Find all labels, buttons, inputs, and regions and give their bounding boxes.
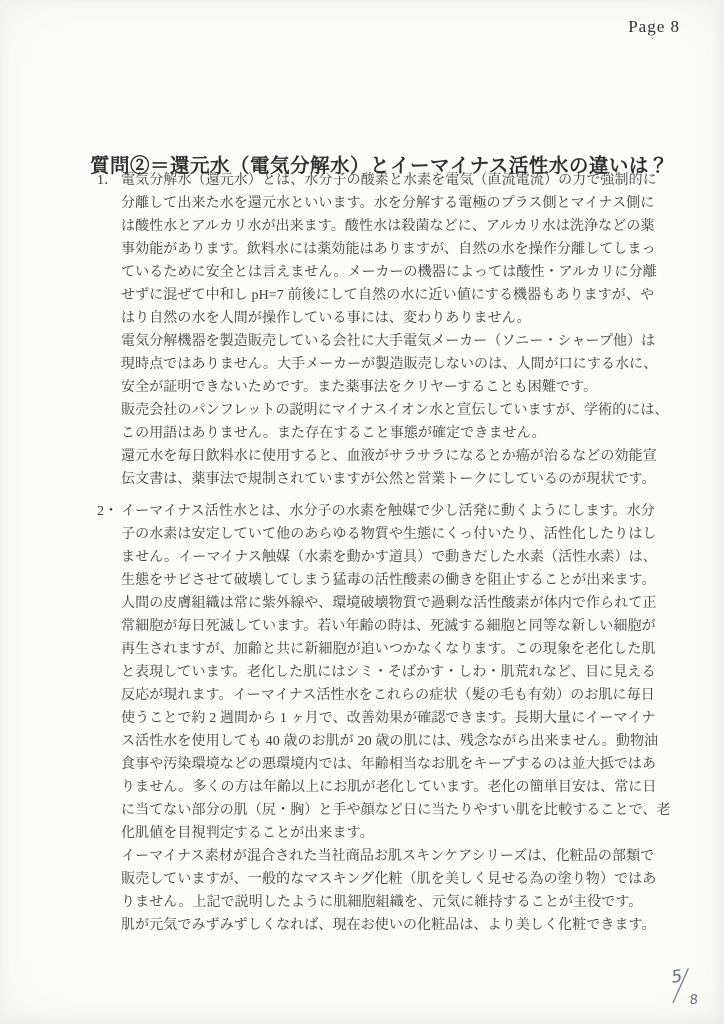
text-line: 反応が現れます。イーマイナス活性水をこれらの症状（髪の毛も有効）のお肌に毎日 (121, 684, 682, 707)
text-line: ス活性水を使用しても 40 歳のお肌が 20 歳の肌には、残念ながら出来ません。… (121, 730, 682, 753)
text-line: 化肌値を目視判定することが出来ます。 (121, 822, 682, 845)
section-text: イーマイナス活性水とは、水分子の水素を触媒で少し活発に動くようにします。水分子の… (121, 500, 682, 937)
text-line: 使うことで約 2 週間から 1 ヶ月で、改善効果が確認できます。長期大量にイーマ… (121, 707, 682, 730)
text-line: 事効能があります。飲料水には薬効能はありますが、自然の水を操作分離してしまっ (121, 238, 682, 261)
text-line: 肌が元気でみずみずしくなれば、現在お使いの化粧品は、より美しく化粧できます。 (121, 914, 682, 937)
text-line: りません。上記で説明したように肌細胞組織を、元気に維持することが主役です。 (121, 891, 682, 914)
text-line: 販売していますが、一般的なマスキング化粧（肌を美しく見せる為の塗り物）ではあ (121, 868, 682, 891)
text-line: 分離して出来た水を還元水といいます。水を分解する電極のプラス側とマイナス側に (121, 192, 682, 215)
text-line: りません。多くの方は年齢以上にお肌が老化しています。老化の簡単目安は、常に日 (121, 776, 682, 799)
section-text: 電気分解水（還元水）とは、水分子の酸素と水素を電気（直流電流）の力で強制的に分離… (121, 169, 682, 491)
text-line: ません。イーマイナス触媒（水素を動かす道具）で動きだした水素（活性水素）は、 (121, 546, 682, 569)
scanned-document-page: Page 8 質問②＝還元水（電気分解水）とイーマイナス活性水の違いは？ 1．電… (0, 0, 724, 1024)
page-number-label: Page 8 (628, 17, 680, 37)
text-line: ているために安全とは言えません。メーカーの機器によっては酸性・アルカリに分離 (121, 261, 682, 284)
section-number-marker: 1． (97, 169, 121, 491)
text-line: 販売会社のパンフレットの説明にマイナスイオン水と宣伝していますが、学術的には、 (121, 399, 682, 422)
text-line: 現時点ではありません。大手メーカーが製造販売しないのは、人間が口にする水に、 (121, 353, 682, 376)
text-line: 安全が証明できないためです。また薬事法をクリヤーすることも困難です。 (121, 376, 682, 399)
text-line: 常細胞が毎日死滅しています。若い年齢の時は、死滅する細胞と同等な新しい細胞が (121, 615, 682, 638)
text-line: に当てない部分の肌（尻・胸）と手や顔など日に当たりやすい肌を比較することで、老 (121, 799, 682, 822)
text-line: イーマイナス活性水とは、水分子の水素を触媒で少し活発に動くようにします。水分 (121, 500, 682, 523)
text-line: 伝文書は、薬事法で規制されていますが公然と営業トークにしているのが現状です。 (121, 468, 682, 491)
text-line: 還元水を毎日飲料水に使用すると、血液がサラサラになるとか癌が治るなどの効能宣 (121, 445, 682, 468)
document-section: 1．電気分解水（還元水）とは、水分子の酸素と水素を電気（直流電流）の力で強制的に… (97, 169, 682, 491)
section-number-marker: 2・ (97, 500, 121, 937)
text-line: はり自然の水を人間が操作している事には、変わりありません。 (121, 307, 682, 330)
document-body: 1．電気分解水（還元水）とは、水分子の酸素と水素を電気（直流電流）の力で強制的に… (97, 169, 682, 946)
text-line: 電気分解水（還元水）とは、水分子の酸素と水素を電気（直流電流）の力で強制的に (121, 169, 682, 192)
text-line: 電気分解機器を製造販売している会社に大手電気メーカー（ソニー・シャープ他）は (121, 330, 682, 353)
text-line: この用語はありません。また存在すること事態が確定できません。 (121, 422, 682, 445)
text-line: せずに混ぜて中和し pH=7 前後にして自然の水に近い値にする機器もありますが、… (121, 284, 682, 307)
document-section: 2・イーマイナス活性水とは、水分子の水素を触媒で少し活発に動くようにします。水分… (97, 500, 682, 937)
fraction-denominator: 8 (689, 992, 699, 1008)
text-line: 食事や汚染環境などの悪環境内では、年齢相当なお肌をキープするのは並大抵ではあ (121, 753, 682, 776)
text-line: 生態をサビさせて破壊してしまう猛毒の活性酸素の働きを阻止することが出来ます。 (121, 569, 682, 592)
text-line: イーマイナス素材が混合された当社商品お肌スキンケアシリーズは、化粧品の部類で (121, 845, 682, 868)
text-line: 再生されますが、加齢と共に新細胞が追いつかなくなります。この現象を老化した肌 (121, 638, 682, 661)
text-line: は酸性水とアルカリ水が出来ます。酸性水は殺菌などに、アルカリ水は洗浄などの薬 (121, 215, 682, 238)
handwritten-fraction-mark: 5 8 (660, 956, 710, 1018)
pencil-mark-5-8: 5 8 (660, 956, 709, 1013)
text-line: 子の水素は安定していて他のあらゆる物質や生態にくっ付いたり、活性化したりはし (121, 523, 682, 546)
text-line: 人間の皮膚組織は常に紫外線や、環境破壊物質で過剰な活性酸素が体内で作られて正 (121, 592, 682, 615)
text-line: と表現しています。老化した肌にはシミ・そばかす・しわ・肌荒れなど、目に見える (121, 661, 682, 684)
